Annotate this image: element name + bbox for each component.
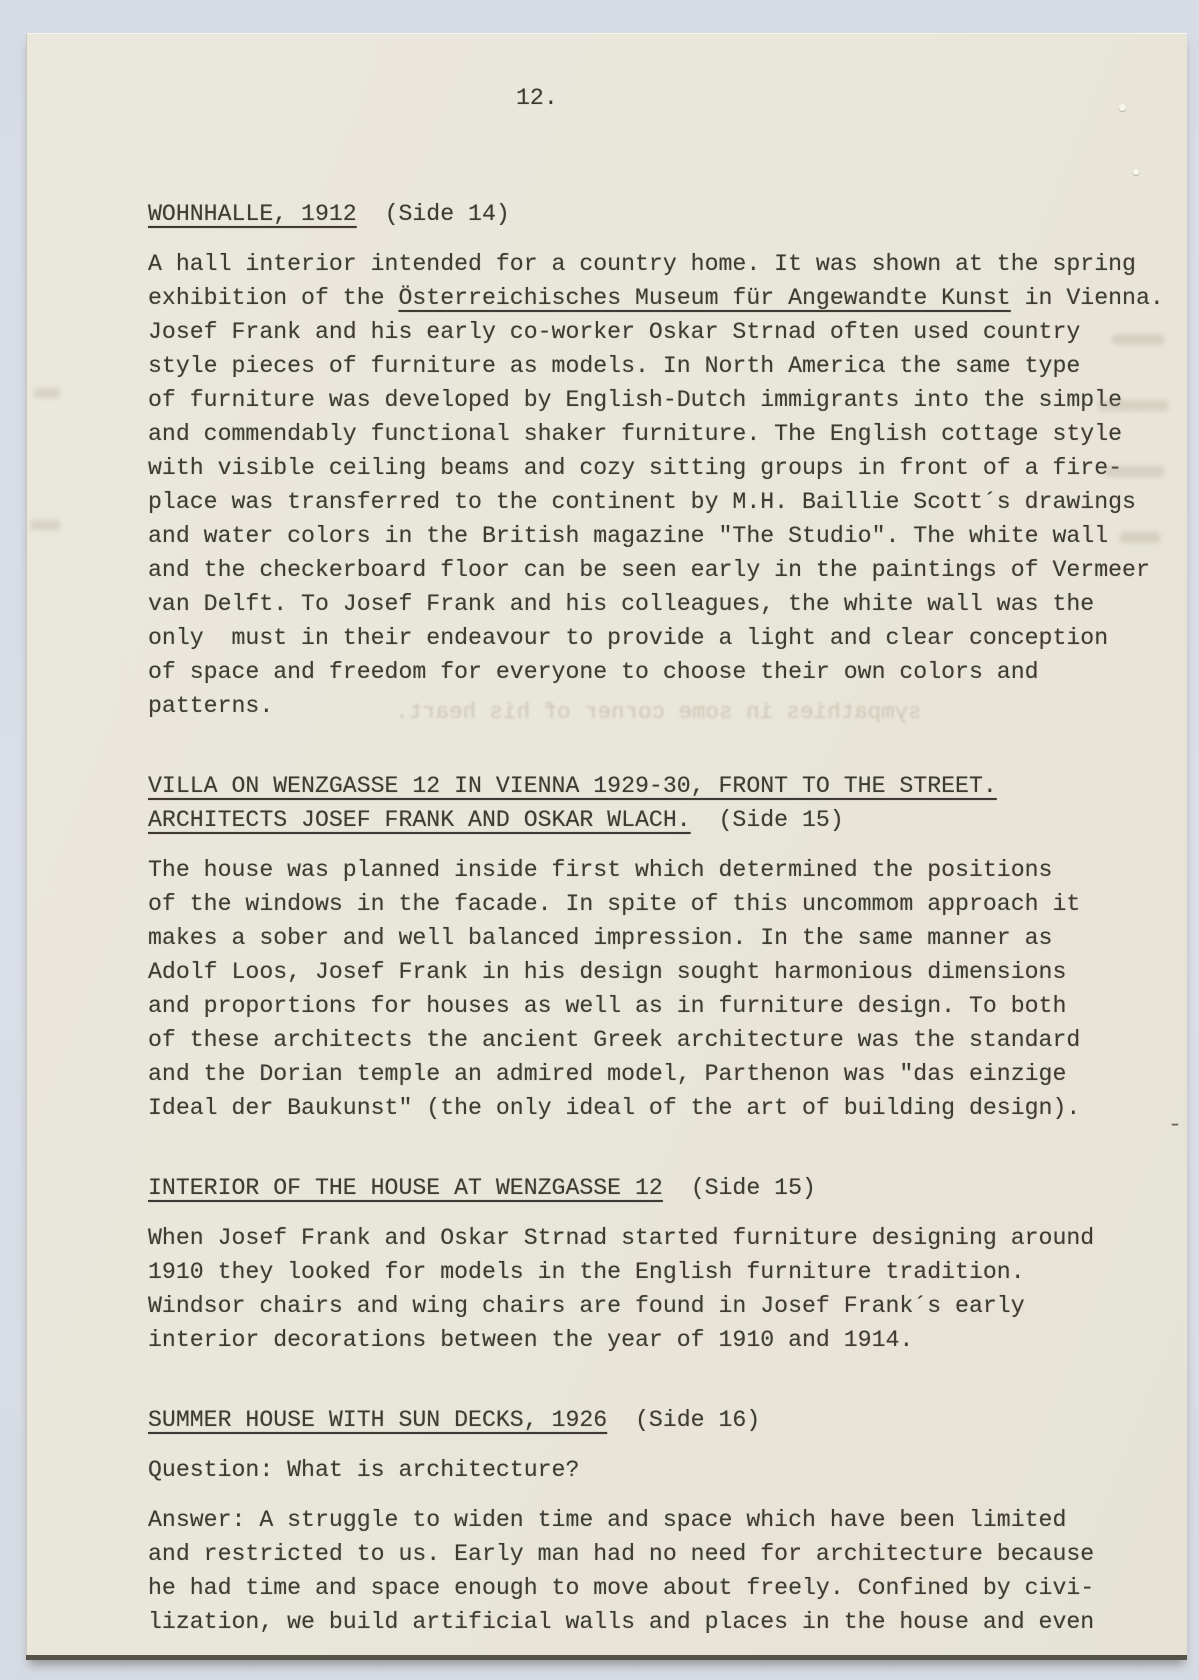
text-segment: and restricted to us. Early man had no n…: [148, 1541, 1094, 1567]
text-line: Adolf Loos, Josef Frank in his design so…: [148, 955, 1181, 989]
heading-line: SUMMER HOUSE WITH SUN DECKS, 1926 (Side …: [148, 1403, 1181, 1437]
text-line: makes a sober and well balanced impressi…: [148, 921, 1181, 955]
text-line: place was transferred to the continent b…: [148, 485, 1181, 519]
text-segment: 1910 they looked for models in the Engli…: [148, 1259, 1025, 1285]
text-line: lization, we build artificial walls and …: [148, 1605, 1181, 1639]
text-segment: Answer: A struggle to widen time and spa…: [148, 1507, 1066, 1533]
text-segment: lization, we build artificial walls and …: [148, 1609, 1094, 1635]
text-segment: Windsor chairs and wing chairs are found…: [148, 1293, 1025, 1319]
underlined-text: SUMMER HOUSE WITH SUN DECKS, 1926: [148, 1407, 607, 1433]
text-segment: he had time and space enough to move abo…: [148, 1575, 1094, 1601]
scanned-page: 12. WOHNHALLE, 1912 (Side 14)A hall inte…: [26, 33, 1187, 1660]
text-segment: only must in their endeavour to provide …: [148, 625, 1108, 651]
section-heading: WOHNHALLE, 1912 (Side 14): [148, 197, 1181, 231]
text-line: of space and freedom for everyone to cho…: [148, 655, 1181, 689]
text-line: The house was planned inside first which…: [148, 853, 1181, 887]
text-segment: interior decorations between the year of…: [148, 1327, 913, 1353]
paragraph: Question: What is architecture?: [148, 1453, 1181, 1487]
text-segment: of these architects the ancient Greek ar…: [148, 1027, 1080, 1053]
section: VILLA ON WENZGASSE 12 IN VIENNA 1929-30,…: [148, 769, 1181, 1125]
text-line: of these architects the ancient Greek ar…: [148, 1023, 1181, 1057]
text-line: and commendably functional shaker furnit…: [148, 417, 1181, 451]
text-segment: and commendably functional shaker furnit…: [148, 421, 1122, 447]
underlined-text: INTERIOR OF THE HOUSE AT WENZGASSE 12: [148, 1175, 663, 1201]
page-number: 12.: [148, 81, 1181, 115]
text-segment: Ideal der Baukunst" (the only ideal of t…: [148, 1095, 1080, 1121]
text-segment: (Side 15): [663, 1175, 816, 1201]
text-line: patterns.: [148, 689, 1181, 723]
text-segment: makes a sober and well balanced impressi…: [148, 925, 1052, 951]
section-heading: VILLA ON WENZGASSE 12 IN VIENNA 1929-30,…: [148, 769, 1181, 837]
section: WOHNHALLE, 1912 (Side 14)A hall interior…: [148, 197, 1181, 723]
text-line: of furniture was developed by English-Du…: [148, 383, 1181, 417]
text-segment: and the checkerboard floor can be seen e…: [148, 557, 1150, 583]
text-segment: The house was planned inside first which…: [148, 857, 1052, 883]
page-content: 12. WOHNHALLE, 1912 (Side 14)A hall inte…: [26, 33, 1187, 1639]
text-line: Question: What is architecture?: [148, 1453, 1181, 1487]
text-segment: and the Dorian temple an admired model, …: [148, 1061, 1066, 1087]
text-segment: van Delft. To Josef Frank and his collea…: [148, 591, 1094, 617]
text-line: he had time and space enough to move abo…: [148, 1571, 1181, 1605]
text-segment: Question: What is architecture?: [148, 1457, 579, 1483]
text-line: Answer: A struggle to widen time and spa…: [148, 1503, 1181, 1537]
underlined-text: ARCHITECTS JOSEF FRANK AND OSKAR WLACH.: [148, 807, 691, 833]
text-segment: (Side 14): [357, 201, 510, 227]
text-line: Josef Frank and his early co-worker Oska…: [148, 315, 1181, 349]
scanned-document-view: { "page_number": "12.", "colors": { "pap…: [0, 0, 1199, 1680]
heading-line: INTERIOR OF THE HOUSE AT WENZGASSE 12 (S…: [148, 1171, 1181, 1205]
text-segment: of furniture was developed by English-Du…: [148, 387, 1122, 413]
text-segment: When Josef Frank and Oskar Strnad starte…: [148, 1225, 1094, 1251]
text-line: Windsor chairs and wing chairs are found…: [148, 1289, 1181, 1323]
section-heading: INTERIOR OF THE HOUSE AT WENZGASSE 12 (S…: [148, 1171, 1181, 1205]
text-segment: and proportions for houses as well as in…: [148, 993, 1066, 1019]
text-segment: exhibition of the: [148, 285, 398, 311]
text-segment: patterns.: [148, 693, 273, 719]
paragraph: A hall interior intended for a country h…: [148, 247, 1181, 723]
text-segment: in Vienna.: [1011, 285, 1164, 311]
text-line: A hall interior intended for a country h…: [148, 247, 1181, 281]
text-segment: A hall interior intended for a country h…: [148, 251, 1136, 277]
text-line: and restricted to us. Early man had no n…: [148, 1537, 1181, 1571]
text-segment: Josef Frank and his early co-worker Oska…: [148, 319, 1080, 345]
text-segment: of the windows in the facade. In spite o…: [148, 891, 1080, 917]
text-segment: Adolf Loos, Josef Frank in his design so…: [148, 959, 1066, 985]
text-line: style pieces of furniture as models. In …: [148, 349, 1181, 383]
text-line: and the Dorian temple an admired model, …: [148, 1057, 1181, 1091]
paragraph: When Josef Frank and Oskar Strnad starte…: [148, 1221, 1181, 1357]
text-line: van Delft. To Josef Frank and his collea…: [148, 587, 1181, 621]
underlined-text: WOHNHALLE, 1912: [148, 201, 357, 227]
text-line: Ideal der Baukunst" (the only ideal of t…: [148, 1091, 1181, 1125]
text-line: exhibition of the Österreichisches Museu…: [148, 281, 1181, 315]
text-segment: of space and freedom for everyone to cho…: [148, 659, 1039, 685]
paragraph: Answer: A struggle to widen time and spa…: [148, 1503, 1181, 1639]
text-segment: place was transferred to the continent b…: [148, 489, 1136, 515]
paragraph: The house was planned inside first which…: [148, 853, 1181, 1125]
text-line: and water colors in the British magazine…: [148, 519, 1181, 553]
text-segment: (Side 16): [607, 1407, 760, 1433]
document-body: WOHNHALLE, 1912 (Side 14)A hall interior…: [148, 197, 1181, 1639]
text-segment: with visible ceiling beams and cozy sitt…: [148, 455, 1122, 481]
text-line: only must in their endeavour to provide …: [148, 621, 1181, 655]
heading-line: VILLA ON WENZGASSE 12 IN VIENNA 1929-30,…: [148, 769, 1181, 803]
text-segment: and water colors in the British magazine…: [148, 523, 1108, 549]
text-segment: (Side 15): [691, 807, 844, 833]
text-segment: style pieces of furniture as models. In …: [148, 353, 1080, 379]
heading-line: ARCHITECTS JOSEF FRANK AND OSKAR WLACH. …: [148, 803, 1181, 837]
text-line: of the windows in the facade. In spite o…: [148, 887, 1181, 921]
text-line: and the checkerboard floor can be seen e…: [148, 553, 1181, 587]
underlined-text: Österreichisches Museum für Angewandte K…: [398, 285, 1010, 311]
section: INTERIOR OF THE HOUSE AT WENZGASSE 12 (S…: [148, 1171, 1181, 1357]
underlined-text: VILLA ON WENZGASSE 12 IN VIENNA 1929-30,…: [148, 773, 997, 799]
heading-line: WOHNHALLE, 1912 (Side 14): [148, 197, 1181, 231]
text-line: When Josef Frank and Oskar Strnad starte…: [148, 1221, 1181, 1255]
text-line: and proportions for houses as well as in…: [148, 989, 1181, 1023]
text-line: with visible ceiling beams and cozy sitt…: [148, 451, 1181, 485]
text-line: 1910 they looked for models in the Engli…: [148, 1255, 1181, 1289]
section: SUMMER HOUSE WITH SUN DECKS, 1926 (Side …: [148, 1403, 1181, 1639]
section-heading: SUMMER HOUSE WITH SUN DECKS, 1926 (Side …: [148, 1403, 1181, 1437]
text-line: interior decorations between the year of…: [148, 1323, 1181, 1357]
marginal-mark: -: [1168, 1112, 1182, 1138]
